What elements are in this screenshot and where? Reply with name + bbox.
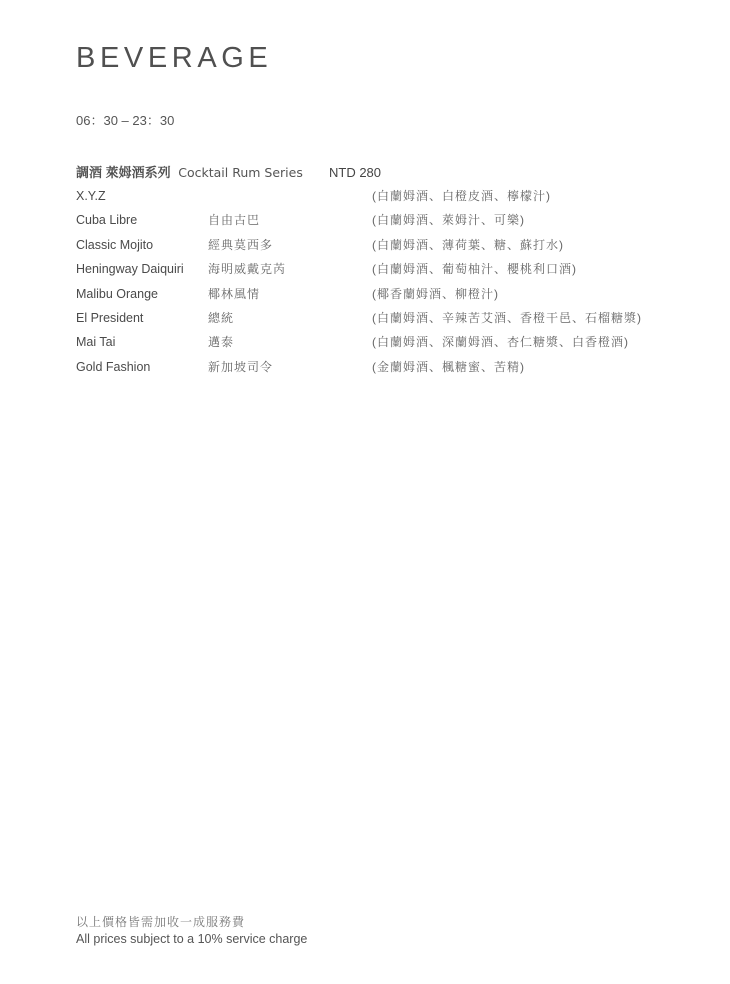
item-name-en: Gold Fashion	[76, 358, 150, 376]
section-price: NTD 280	[329, 164, 381, 182]
item-name-zh: 總統	[208, 309, 234, 327]
item-name-zh: 自由古巴	[208, 211, 260, 229]
menu-item: Mai Tai 邁泰 (白蘭姆酒、深蘭姆酒、杏仁糖漿、白香橙酒)	[76, 333, 676, 357]
menu-item: El President 總統 (白蘭姆酒、辛辣苦艾酒、香橙干邑、石榴糖漿)	[76, 309, 676, 333]
menu-item: Classic Mojito 經典莫西多 (白蘭姆酒、薄荷葉、糖、蘇打水)	[76, 236, 676, 260]
menu-item: Gold Fashion 新加坡司令 (金蘭姆酒、楓糖蜜、苦精)	[76, 358, 676, 382]
item-name-en: Cuba Libre	[76, 211, 137, 229]
item-name-zh: 邁泰	[208, 333, 234, 351]
opening-hours: 06：30 – 23：30	[76, 112, 174, 130]
item-ingredients: (椰香蘭姆酒、柳橙汁)	[372, 285, 499, 303]
item-name-zh: 椰林風情	[208, 285, 260, 303]
page-title: BEVERAGE	[76, 40, 272, 76]
section-header: 調酒 萊姆酒系列 Cocktail Rum Series NTD 280	[76, 164, 303, 182]
footer: 以上價格皆需加收一成服務費 All prices subject to a 10…	[76, 914, 307, 948]
item-name-en: El President	[76, 309, 143, 327]
item-ingredients: (白蘭姆酒、辛辣苦艾酒、香橙干邑、石榴糖漿)	[372, 309, 642, 327]
menu-item: X.Y.Z (白蘭姆酒、白橙皮酒、檸檬汁)	[76, 187, 676, 211]
item-name-en: Classic Mojito	[76, 236, 153, 254]
item-name-en: Mai Tai	[76, 333, 115, 351]
item-name-zh: 新加坡司令	[208, 358, 273, 376]
menu-item: Malibu Orange 椰林風情 (椰香蘭姆酒、柳橙汁)	[76, 285, 676, 309]
service-charge-note-zh: 以上價格皆需加收一成服務費	[76, 914, 307, 931]
item-ingredients: (白蘭姆酒、深蘭姆酒、杏仁糖漿、白香橙酒)	[372, 333, 629, 351]
menu-list: X.Y.Z (白蘭姆酒、白橙皮酒、檸檬汁) Cuba Libre 自由古巴 (白…	[76, 187, 676, 382]
item-ingredients: (白蘭姆酒、白橙皮酒、檸檬汁)	[372, 187, 551, 205]
item-ingredients: (白蘭姆酒、薄荷葉、糖、蘇打水)	[372, 236, 564, 254]
menu-item: Heningway Daiquiri 海明威戴克芮 (白蘭姆酒、葡萄柚汁、櫻桃利…	[76, 260, 676, 284]
section-title-zh: 調酒 萊姆酒系列	[76, 165, 171, 180]
item-name-en: Heningway Daiquiri	[76, 260, 184, 278]
item-ingredients: (白蘭姆酒、葡萄柚汁、櫻桃利口酒)	[372, 260, 577, 278]
item-name-zh: 經典莫西多	[208, 236, 273, 254]
item-ingredients: (白蘭姆酒、萊姆汁、可樂)	[372, 211, 525, 229]
item-ingredients: (金蘭姆酒、楓糖蜜、苦精)	[372, 358, 525, 376]
item-name-en: X.Y.Z	[76, 187, 106, 205]
menu-item: Cuba Libre 自由古巴 (白蘭姆酒、萊姆汁、可樂)	[76, 211, 676, 235]
section-title-en: Cocktail Rum Series	[178, 165, 303, 180]
item-name-zh: 海明威戴克芮	[208, 260, 286, 278]
item-name-en: Malibu Orange	[76, 285, 158, 303]
service-charge-note-en: All prices subject to a 10% service char…	[76, 931, 307, 948]
